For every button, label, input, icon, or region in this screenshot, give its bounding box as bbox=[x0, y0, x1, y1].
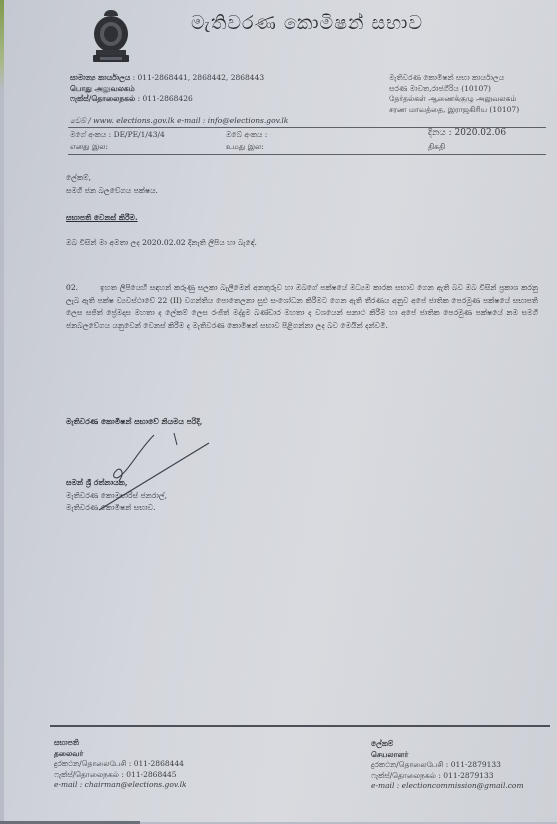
address-line: தேர்தல்கள் ஆணைக்குழு அலுவலகம் bbox=[389, 94, 549, 105]
general-office-line: සාමාන්‍ය කාර්යාලය : 011-2868441, 2868442… bbox=[70, 73, 264, 84]
fax-line: ෆැක්ස්/தொலைநகல் : 011-2868426 bbox=[70, 94, 264, 105]
your-reference: ඔබේ අංකය : bbox=[226, 130, 267, 140]
paragraph-1: ඔබ විසින් මා අමතා ලද 2020.02.02 දිනැති ල… bbox=[66, 237, 536, 250]
date-tamil: திகதி bbox=[428, 142, 445, 152]
address-line: சரண மாவத்தை, இராஜகிரிய (10107) bbox=[389, 105, 549, 116]
chairman-email: e-mail : chairman@elections.gov.lk bbox=[54, 780, 187, 791]
reference-divider bbox=[68, 154, 546, 155]
signer-organization: මැතිවරණ කොමිෂන් සභාව. bbox=[66, 502, 167, 515]
footer-divider bbox=[50, 725, 550, 727]
my-reference-tamil: எனது இல: bbox=[70, 142, 108, 152]
paragraph-2: ඉහත ලිපියෙහි සඳහන් කරුණු සලකා බැලීමෙන් අ… bbox=[66, 282, 538, 332]
signer-block: සමන් ශ්‍රී රත්නායක, මැතිවරණ කොමසාරිස් ජන… bbox=[66, 477, 167, 515]
my-reference: මගේ අංකය : DE/PE/1/43/4 bbox=[70, 130, 165, 140]
addressee: ලේකම්, සමගි ජන බලවේගය පක්ෂය. bbox=[66, 172, 158, 197]
secretary-phone: දුරකථන/தொலைபேசி : 011-2879133 bbox=[371, 760, 524, 771]
secretary-fax: ෆැක්ස්/தொலைநகல் : 011-2879133 bbox=[371, 771, 524, 782]
organization-title-sinhala: මැතිවරණ කොමිෂන් සභාව bbox=[191, 12, 423, 34]
subject-line: සභාපති වෙනස් කිරීම. bbox=[66, 212, 138, 225]
letter-page: මැතිවරණ කොමිෂන් සභාව සාමාන්‍ය කාර්යාලය :… bbox=[4, 0, 557, 822]
date-field: දිනය : 2020.02.06 bbox=[428, 128, 506, 138]
sri-lanka-emblem-icon bbox=[90, 8, 132, 64]
chairman-fax: ෆැක්ස්/தொலைநகல் : 011-2868445 bbox=[54, 770, 187, 781]
general-office-tamil: பொது அலுவலகம் bbox=[70, 84, 264, 95]
address-line: මැතිවරණ කොමිෂන් සභා කාර්යාලය bbox=[389, 73, 549, 84]
address-line: සරණ මාවත,රාජගිරිය (10107) bbox=[389, 84, 549, 95]
contact-block-left: සාමාන්‍ය කාර්යාලය : 011-2868441, 2868442… bbox=[70, 73, 264, 105]
footer-chairman-contact: සභාපති தலைவர் දුරකථන/தொலைபேசி : 011-2868… bbox=[54, 738, 187, 791]
your-reference-tamil: உமது இல: bbox=[226, 142, 264, 152]
signer-name: සමන් ශ්‍රී රත්නායක, bbox=[66, 477, 167, 490]
address-block: මැතිවරණ කොමිෂන් සභා කාර්යාලය සරණ මාවත,රා… bbox=[389, 73, 549, 115]
web-email-line: වෙබ් / www. elections.gov.lk e-mail : in… bbox=[70, 116, 288, 127]
footer-secretary-contact: ලේකම් செயலாளர் දුරකථන/தொலைபேசி : 011-287… bbox=[371, 739, 524, 792]
secretary-email: e-mail : electioncommission@gmail.com bbox=[371, 781, 524, 792]
chairman-phone: දුරකථන/தொலைபேசி : 011-2868444 bbox=[54, 759, 187, 770]
signer-title: මැතිවරණ කොමසාරිස් ජනරාල්, bbox=[66, 490, 167, 503]
